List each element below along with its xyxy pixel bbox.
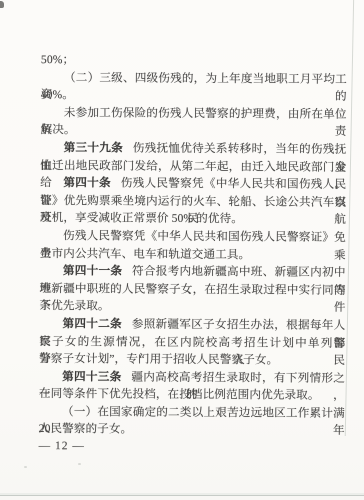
text-line: 在同等条件下优先投档，在投档比例范围内优先录取。 [39,385,345,404]
paper-edge-line-bottom [0,495,364,496]
line-text: （二）三级、四级伤残的，为上年度当地职工月平均工资的 [41,71,347,103]
text-line: 察子女的生源情况，在区内院校高考招生计划中单列部分“人民 [39,333,345,352]
line-text: 50%； [41,53,74,66]
article-number: 第四十二条 [62,317,121,330]
line-text: 人民警察的子女。 [39,423,133,437]
article-number: 第三十九条 [64,141,123,154]
article-line: 第四十一条符合报考内地新疆高中班、新疆区内初中班、内 [40,262,346,281]
scan-speckle [24,466,27,468]
text-line: 未参加工伤保险的伤残人民警察的护理费，由所在单位负责 [41,104,347,123]
line-text: 解决。 [40,123,75,136]
line-text: 坐市内公共汽车、电车和轨道交通工具。 [40,247,251,261]
line-text: 警察子女计划”，专门用于招收人民警察子女。 [39,352,278,366]
text-line: 由迁出地民政部门发给，从第二年起，由迁入地民政部门发给。 [40,157,346,176]
article-number: 第四十三条 [62,370,121,383]
line-text: 下优先录取。 [39,299,109,312]
text-line: 伤残人民警察凭《中华人民共和国伤残人民警察证》免费乘 [40,227,346,246]
article-number: 第四十条 [63,176,111,189]
line-text: 班机，享受减收正常票价 50% 的优待。 [40,211,243,225]
line-text: 在同等条件下优先投档，在投档比例范围内优先录取。 [39,387,320,402]
text-line: （一）在国家确定的二类以上艰苦边远地区工作累计满 20 年 [39,403,345,422]
article-line: 第四十二条参照新疆军区子女招生办法，根据每年人民警 [39,315,345,334]
article-number: 第四十一条 [63,264,122,277]
text-line: （二）三级、四级伤残的，为上年度当地职工月平均工资的 [41,69,347,88]
line-text: 未参加工伤保险的伤残人民警察的护理费，由所在单位负责 [40,106,346,138]
line-text: 40%。 [41,88,74,101]
text-line: 证》优先购票乘坐境内运行的火车、轮船、长途公共汽车以及民航 [40,192,346,211]
scan-corner-artifact [0,1,4,8]
text-block: 50%；（二）三级、四级伤残的，为上年度当地职工月平均工资的40%。未参加工伤保… [39,51,347,456]
text-line: 地新疆中职班的人民警察子女，在招生录取过程中实行同等条件 [39,280,345,299]
article-line: 第四十三条疆内高校高考招生录取时，有下列情形之一的， [39,368,345,387]
text-line: 50%； [41,51,347,70]
scanned-page: 50%；（二）三级、四级伤残的，为上年度当地职工月平均工资的40%。未参加工伤保… [0,0,364,500]
article-line: 第三十九条伤残抚恤优待关系转移时，当年的伤残抚恤金 [40,139,346,158]
article-line: 第四十条伤残人民警察凭《中华人民共和国伤残人民警察 [40,174,346,193]
scan-speckle [78,463,81,465]
page-number: — 12 — [39,439,345,456]
